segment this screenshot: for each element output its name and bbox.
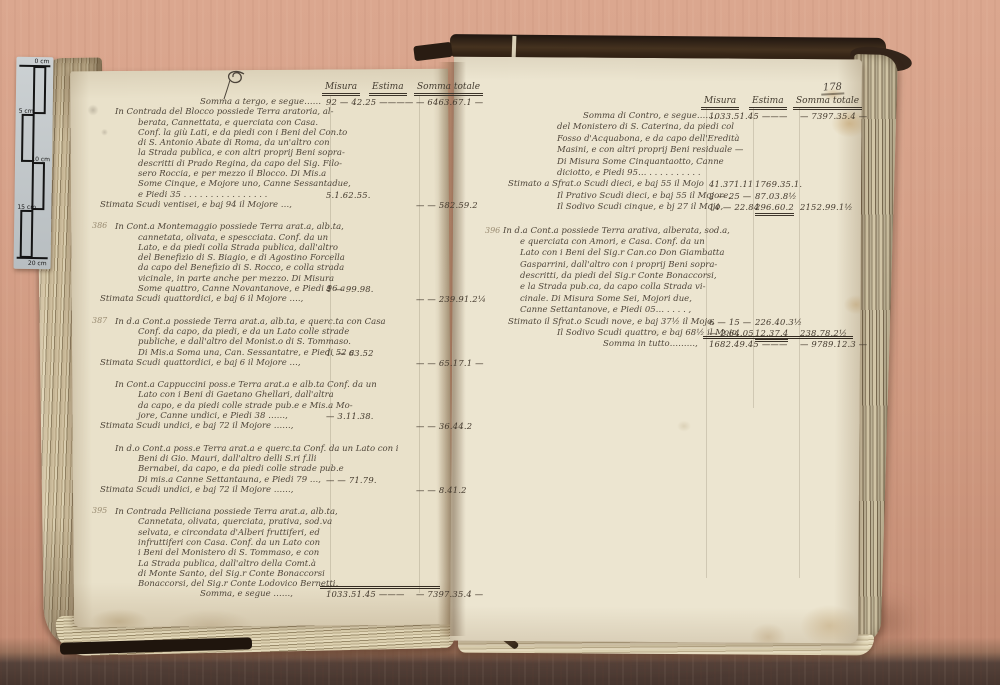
somma-totale-value: — — 8.41.2 — [416, 485, 467, 495]
handwritten-text: selvata, e circondata d'Alberi fruttifer… — [138, 528, 320, 538]
handwritten-text: del Monistero di S. Caterina, da piedi c… — [557, 122, 734, 133]
manuscript-line: In Cont.a Cappuccini poss.e Terra arat.a… — [88, 380, 450, 390]
somma-totale-value: — — 36.44.2 — [416, 421, 472, 431]
manuscript-line: Gasparrini, dall'altro con i proprij Ben… — [495, 260, 863, 271]
handwritten-text: da capo del Benefizio di S. Rocco, e col… — [138, 263, 344, 273]
handwritten-text: publiche, e dall'altro del Monist.o di S… — [138, 337, 351, 347]
handwritten-text: Stimato a Sfrat.o Scudi dieci, e baj 55 … — [508, 179, 704, 190]
handwritten-text: e Piedi 35 . . . . . . . . . . . . . . .… — [138, 190, 267, 200]
handwritten-text: di Monte Santo, del Sig.r Conte Bonaccor… — [138, 569, 325, 579]
handwritten-text: descritti di Prado Regina, da capo del S… — [138, 159, 342, 169]
misura-value: — 3.11.38. — [326, 411, 374, 421]
manuscript-line: La Strada publica, dall'altro della Comt… — [88, 559, 450, 569]
handwritten-text: Il Sodivo Scudi cinque, e bj 27 il Mojo, — [557, 202, 723, 213]
manuscript-line: Il Prativo Scudi dieci, e baj 55 il Mojo… — [495, 191, 863, 202]
handwritten-text: In Contrada del Blocco possiede Terra ar… — [115, 107, 334, 117]
misura-value: 92 — 42.25 ———— — [326, 97, 414, 107]
handwritten-text: In d.o Cont.a poss.e Terra arat.a e quer… — [115, 444, 399, 454]
manuscript-line: Stimato il Sfrat.o Scudi nove, e baj 37½… — [495, 317, 863, 328]
misura-value: 1. — 63.52 — [326, 348, 374, 358]
right-page-content: Misura Estima Somma totale Somma di Cont… — [495, 96, 863, 351]
handwritten-text: In Contrada Pelliciana possiede Terra ar… — [115, 507, 338, 517]
handwritten-text: da capo, e da piedi colle strade pub.e e… — [138, 401, 353, 411]
handwritten-text: cannetata, olivata, e spescciata. Conf. … — [138, 233, 328, 243]
handwritten-text: la Strada publica, e con altri proprij B… — [138, 148, 345, 158]
handwritten-text: Somma, e segue ……, — [200, 589, 293, 599]
manuscript-line: Somma a tergo, e segue……92 — 42.25 —————… — [88, 97, 450, 107]
handwritten-text: Beni di Gio. Mauri, dall'altro delli S.r… — [138, 454, 316, 464]
misura-value: 1033.51.45 ——— — [326, 589, 405, 599]
manuscript-line: da capo del Benefizio di S. Rocco, e col… — [88, 263, 450, 273]
manuscript-line: 396In d.a Cont.a possiede Terra arativa,… — [495, 226, 863, 237]
line-gap — [88, 305, 450, 317]
header-somma-totale: Somma totale — [414, 82, 483, 96]
manuscript-line: Canne Settantanove, e Piedi 05… . . . . … — [495, 305, 863, 316]
manuscript-line: 386In Cont.a Montemaggio possiede Terra … — [88, 222, 450, 232]
handwritten-text: di S. Antonio Abate di Roma, da un'altro… — [138, 138, 330, 148]
manuscript-line: publiche, e dall'altro del Monist.o di S… — [88, 337, 450, 347]
manuscript-line: cinale. Di Misura Some Sei, Mojori due, — [495, 294, 863, 305]
header-misura: Misura — [322, 82, 360, 96]
manuscript-line: la Strada publica, e con altri proprij B… — [88, 148, 450, 158]
handwritten-text: Di mis.a Canne Settantauna, e Piedi 79 …… — [138, 475, 321, 485]
line-gap — [88, 368, 450, 380]
left-page-entries: Somma a tergo, e segue……92 — 42.25 —————… — [88, 97, 450, 600]
misura-value: 14 — 22.84 — [709, 202, 759, 213]
handwritten-text: Somma in tutto………, — [603, 339, 698, 350]
manuscript-line: Lato con i Beni del Sig.r Can.co Don Gia… — [495, 248, 863, 259]
manuscript-line: 395In Contrada Pelliciana possiede Terra… — [88, 507, 450, 517]
handwritten-text: e querciata con Amori, e Casa. Conf. da … — [520, 237, 705, 248]
scale-segment-box — [31, 162, 45, 210]
right-page-entries: Somma di Contro, e segue……,1033.51.45 ——… — [495, 111, 863, 351]
manuscript-line: i Beni del Monistero di S. Tommaso, e co… — [88, 548, 450, 558]
manuscript-line: e querciata con Amori, e Casa. Conf. da … — [495, 237, 863, 248]
handwritten-text: berata, Cannettata, e querciata con Casa… — [138, 118, 318, 128]
handwritten-text: Some Cinque, e Mojore uno, Canne Sessant… — [138, 179, 351, 189]
entry-margin-number: 387 — [92, 316, 107, 326]
misura-value: 4 — 99.98. — [326, 284, 374, 294]
somma-totale-value: — 9789.12.3 — — [800, 339, 867, 350]
manuscript-line: Somma, e segue ……,1033.51.45 ———— 7397.3… — [88, 589, 450, 599]
handwritten-text: Conf. la giù Lati, e da piedi con i Beni… — [138, 128, 347, 138]
manuscript-line: Fosso d'Acquabona, e da capo dell'Eredit… — [495, 134, 863, 145]
handwritten-text: Lato, e da piedi colla Strada publica, d… — [138, 243, 338, 253]
manuscript-line: Stimata Scudi quattordici, e baj 6 il Mo… — [88, 358, 450, 368]
manuscript-line: berata, Cannettata, e querciata con Casa… — [88, 118, 450, 128]
manuscript-line: Stimato a Sfrat.o Scudi dieci, e baj 55 … — [495, 179, 863, 190]
entry-margin-number: 386 — [92, 221, 107, 231]
header-somma-totale: Somma totale — [793, 96, 862, 110]
photographic-scale-bar: 0 cm 5 cm 10 cm 15 cm 20 cm — [14, 57, 54, 269]
header-estima: Estima — [369, 82, 407, 96]
manuscript-line: di Monte Santo, del Sig.r Conte Bonaccor… — [88, 569, 450, 579]
scale-label-0cm: 0 cm — [34, 58, 49, 65]
misura-value: — — 71.79. — [326, 475, 377, 485]
somma-totale-value: 2152.99.1½ — [800, 202, 853, 213]
manuscript-line: Cannetata, olivata, querciata, prativa, … — [88, 517, 450, 527]
handwritten-text: Cannetata, olivata, querciata, prativa, … — [138, 517, 332, 527]
manuscript-line: del Benefizio di S. Biagio, e di Agostin… — [88, 253, 450, 263]
estima-value: 87.03.8½ — [755, 191, 797, 202]
manuscript-line: Stimata Scudi ventisei, e baj 94 il Mojo… — [88, 200, 450, 210]
manuscript-line: di S. Antonio Abate di Roma, da un'altro… — [88, 138, 450, 148]
handwritten-text: Bernabei, da capo, e da piedi colle stra… — [138, 464, 344, 474]
spine-crack — [512, 36, 517, 59]
manuscript-line: Some Cinque, e Mojore uno, Canne Sessant… — [88, 179, 450, 189]
misura-value: 41.371.11 — [709, 179, 753, 190]
somma-totale-value: — 7397.35.4 — — [416, 589, 483, 599]
manuscript-line: Beni di Gio. Mauri, dall'altro delli S.r… — [88, 454, 450, 464]
somma-totale-value: — — 582.59.2 — [416, 200, 478, 210]
handwritten-text: Bonaccorsi, del Sig.r Conte Lodovico Ber… — [138, 579, 338, 589]
handwritten-text: Stimata Scudi ventisei, e baj 94 il Mojo… — [100, 200, 292, 210]
handwritten-text: Fosso d'Acquabona, e da capo dell'Eredit… — [557, 134, 739, 145]
header-estima: Estima — [749, 96, 787, 110]
scale-segment-box — [33, 66, 47, 114]
manuscript-line: Conf. la giù Lati, e da piedi con i Beni… — [88, 128, 450, 138]
manuscript-line: Il Sodivo Scudi cinque, e bj 27 il Mojo,… — [495, 202, 863, 213]
manuscript-line: jore, Canne undici, e Piedi 38 ……,— 3.11… — [88, 411, 450, 421]
line-gap — [495, 214, 863, 226]
handwritten-text: sero Roccia, e per mezzo il Blocco. Di M… — [138, 169, 326, 179]
manuscript-line: del Monistero di S. Caterina, da piedi c… — [495, 122, 863, 133]
manuscript-line: Di mis.a Canne Settantauna, e Piedi 79 …… — [88, 475, 450, 485]
handwritten-text: vicinale, in parte anche per mezzo. Di M… — [138, 274, 334, 284]
handwritten-text: descritti, da piedi del Sig.r Conte Bona… — [520, 271, 717, 282]
misura-value: 5.1.62.55. — [326, 190, 371, 200]
manuscript-line: e la Strada pub.ca, da capo colla Strada… — [495, 282, 863, 293]
manuscript-line: infruttiferi con Casa. Conf. da un Lato … — [88, 538, 450, 548]
manuscript-line: Conf. da capo, da piedi, e da un Lato co… — [88, 327, 450, 337]
manuscript-line: vicinale, in parte anche per mezzo. Di M… — [88, 274, 450, 284]
manuscript-line: selvata, e circondata d'Alberi fruttifer… — [88, 528, 450, 538]
somma-totale-value: — — 65.17.1 — — [416, 358, 484, 368]
handwritten-text: Di Mis.a Soma una, Can. Sessantatre, e P… — [138, 348, 354, 358]
handwritten-text: Somma di Contro, e segue……, — [583, 111, 717, 122]
misura-value: 1682.49.45 ——— — [709, 339, 788, 350]
handwritten-text: Stimata Scudi quattordici, e baj 6 il Mo… — [100, 358, 301, 368]
manuscript-line: In d.o Cont.a poss.e Terra arat.a e quer… — [88, 444, 450, 454]
scale-segment-box — [21, 114, 35, 162]
manuscript-line: Bernabei, da capo, e da piedi colle stra… — [88, 464, 450, 474]
left-page-content: Misura Estima Somma totale Somma a tergo… — [88, 82, 450, 600]
handwritten-text: Some quattro, Canne Novantanove, e Piedi… — [138, 284, 345, 294]
manuscript-line: Stimata Scudi undici, e baj 72 il Mojore… — [88, 485, 450, 495]
entry-margin-number: 396 — [485, 225, 500, 236]
manuscript-line: sero Roccia, e per mezzo il Blocco. Di M… — [88, 169, 450, 179]
entry-margin-number: 395 — [92, 506, 107, 516]
manuscript-line: descritti, da piedi del Sig.r Conte Bona… — [495, 271, 863, 282]
manuscript-line: Di Misura Some Cinquantaotto, Canne — [495, 157, 863, 168]
manuscript-line: Lato, e da piedi colla Strada publica, d… — [88, 243, 450, 253]
manuscript-line: Di Mis.a Soma una, Can. Sessantatre, e P… — [88, 348, 450, 358]
somma-totale-value: — — 239.91.2¼ — [416, 294, 486, 304]
line-gap — [88, 495, 450, 507]
manuscript-line: Masini, e con altri proprij Beni residua… — [495, 145, 863, 156]
handwritten-text: Canne Settantanove, e Piedi 05… . . . . … — [520, 305, 691, 316]
manuscript-line: Somma di Contro, e segue……,1033.51.45 ——… — [495, 111, 863, 122]
handwritten-text: Gasparrini, dall'altro con i proprij Ben… — [520, 260, 717, 271]
handwritten-text: del Benefizio di S. Biagio, e di Agostin… — [138, 253, 345, 263]
misura-value: 6 — 15 — — [709, 317, 751, 328]
handwritten-text: In d.a Cont.a possiede Terra arat.a, alb… — [115, 317, 386, 327]
handwritten-text: In Cont.a Montemaggio possiede Terra ara… — [115, 222, 344, 232]
column-headers: Misura Estima Somma totale — [88, 82, 450, 97]
line-gap — [88, 432, 450, 444]
handwritten-text: Lato con i Beni di Gaetano Ghellari, dal… — [138, 390, 334, 400]
line-gap — [88, 210, 450, 222]
handwritten-text: Conf. da capo, da piedi, e da un Lato co… — [138, 327, 349, 337]
manuscript-line: Some quattro, Canne Novantanove, e Piedi… — [88, 284, 450, 294]
handwritten-text: Stimata Scudi undici, e baj 72 il Mojore… — [100, 421, 294, 431]
manuscript-line: Somma in tutto………,1682.49.45 ———— 9789.1… — [495, 339, 863, 350]
handwritten-text: i Beni del Monistero di S. Tommaso, e co… — [138, 548, 319, 558]
somma-totale-value: — 7397.35.4 — — [800, 111, 867, 122]
manuscript-line: e Piedi 35 . . . . . . . . . . . . . . .… — [88, 190, 450, 200]
handwritten-text: Masini, e con altri proprij Beni residua… — [557, 145, 743, 156]
misura-value: 1033.51.45 ——— — [709, 111, 788, 122]
manuscript-line: descritti di Prado Regina, da capo del S… — [88, 159, 450, 169]
scale-segment-box — [20, 210, 34, 258]
folio-number: 178 — [821, 81, 845, 95]
manuscript-line: Stimata Scudi quattordici, e baj 6 il Mo… — [88, 294, 450, 304]
handwritten-text: Di Misura Some Cinquantaotto, Canne — [557, 157, 724, 168]
handwritten-text: In Cont.a Cappuccini poss.e Terra arat.a… — [115, 380, 377, 390]
manuscript-line: Lato con i Beni di Gaetano Ghellari, dal… — [88, 390, 450, 400]
manuscript-line: diciotto, e Piedi 95… . . . . . . . . . … — [495, 168, 863, 179]
estima-value: 1769.35.1. — [755, 179, 802, 190]
manuscript-line: da capo, e da piedi colle strade pub.e e… — [88, 401, 450, 411]
manuscript-line: cannetata, olivata, e spescciata. Conf. … — [88, 233, 450, 243]
misura-value: 2 — 25 — — [709, 191, 751, 202]
handwritten-text: Stimata Scudi undici, e baj 72 il Mojore… — [100, 485, 294, 495]
manuscript-line: Stimata Scudi undici, e baj 72 il Mojore… — [88, 421, 450, 431]
handwritten-text: Lato con i Beni del Sig.r Can.co Don Gia… — [520, 248, 724, 259]
handwritten-text: diciotto, e Piedi 95… . . . . . . . . . … — [557, 168, 701, 179]
handwritten-text: jore, Canne undici, e Piedi 38 ……, — [138, 411, 288, 421]
handwritten-text: Somma a tergo, e segue…… — [200, 97, 321, 107]
header-misura: Misura — [701, 96, 739, 110]
manuscript-line: In Contrada del Blocco possiede Terra ar… — [88, 107, 450, 117]
manuscript-line: 387In d.a Cont.a possiede Terra arat.a, … — [88, 317, 450, 327]
handwritten-text: cinale. Di Misura Some Sei, Mojori due, — [520, 294, 692, 305]
handwritten-text: In d.a Cont.a possiede Terra arativa, al… — [503, 226, 730, 237]
scale-label-20cm: 20 cm — [28, 260, 47, 267]
handwritten-text: infruttiferi con Casa. Conf. da un Lato … — [138, 538, 320, 548]
estima-value: 226.40.3½ — [755, 317, 802, 328]
handwritten-text: La Strada publica, dall'altro della Comt… — [138, 559, 316, 569]
handwritten-text: Stimata Scudi quattordici, e baj 6 il Mo… — [100, 294, 303, 304]
photograph-of-manuscript-book: 0 cm 5 cm 10 cm 15 cm 20 cm 178 Misura E… — [0, 0, 1000, 685]
column-headers: Misura Estima Somma totale — [495, 96, 863, 111]
somma-totale-value: — 6463.67.1 — — [416, 97, 483, 107]
handwritten-text: Stimato il Sfrat.o Scudi nove, e baj 37½… — [508, 317, 715, 328]
handwritten-text: Il Prativo Scudi dieci, e baj 55 il Mojo… — [557, 191, 731, 202]
handwritten-text: e la Strada pub.ca, da capo colla Strada… — [520, 282, 705, 293]
